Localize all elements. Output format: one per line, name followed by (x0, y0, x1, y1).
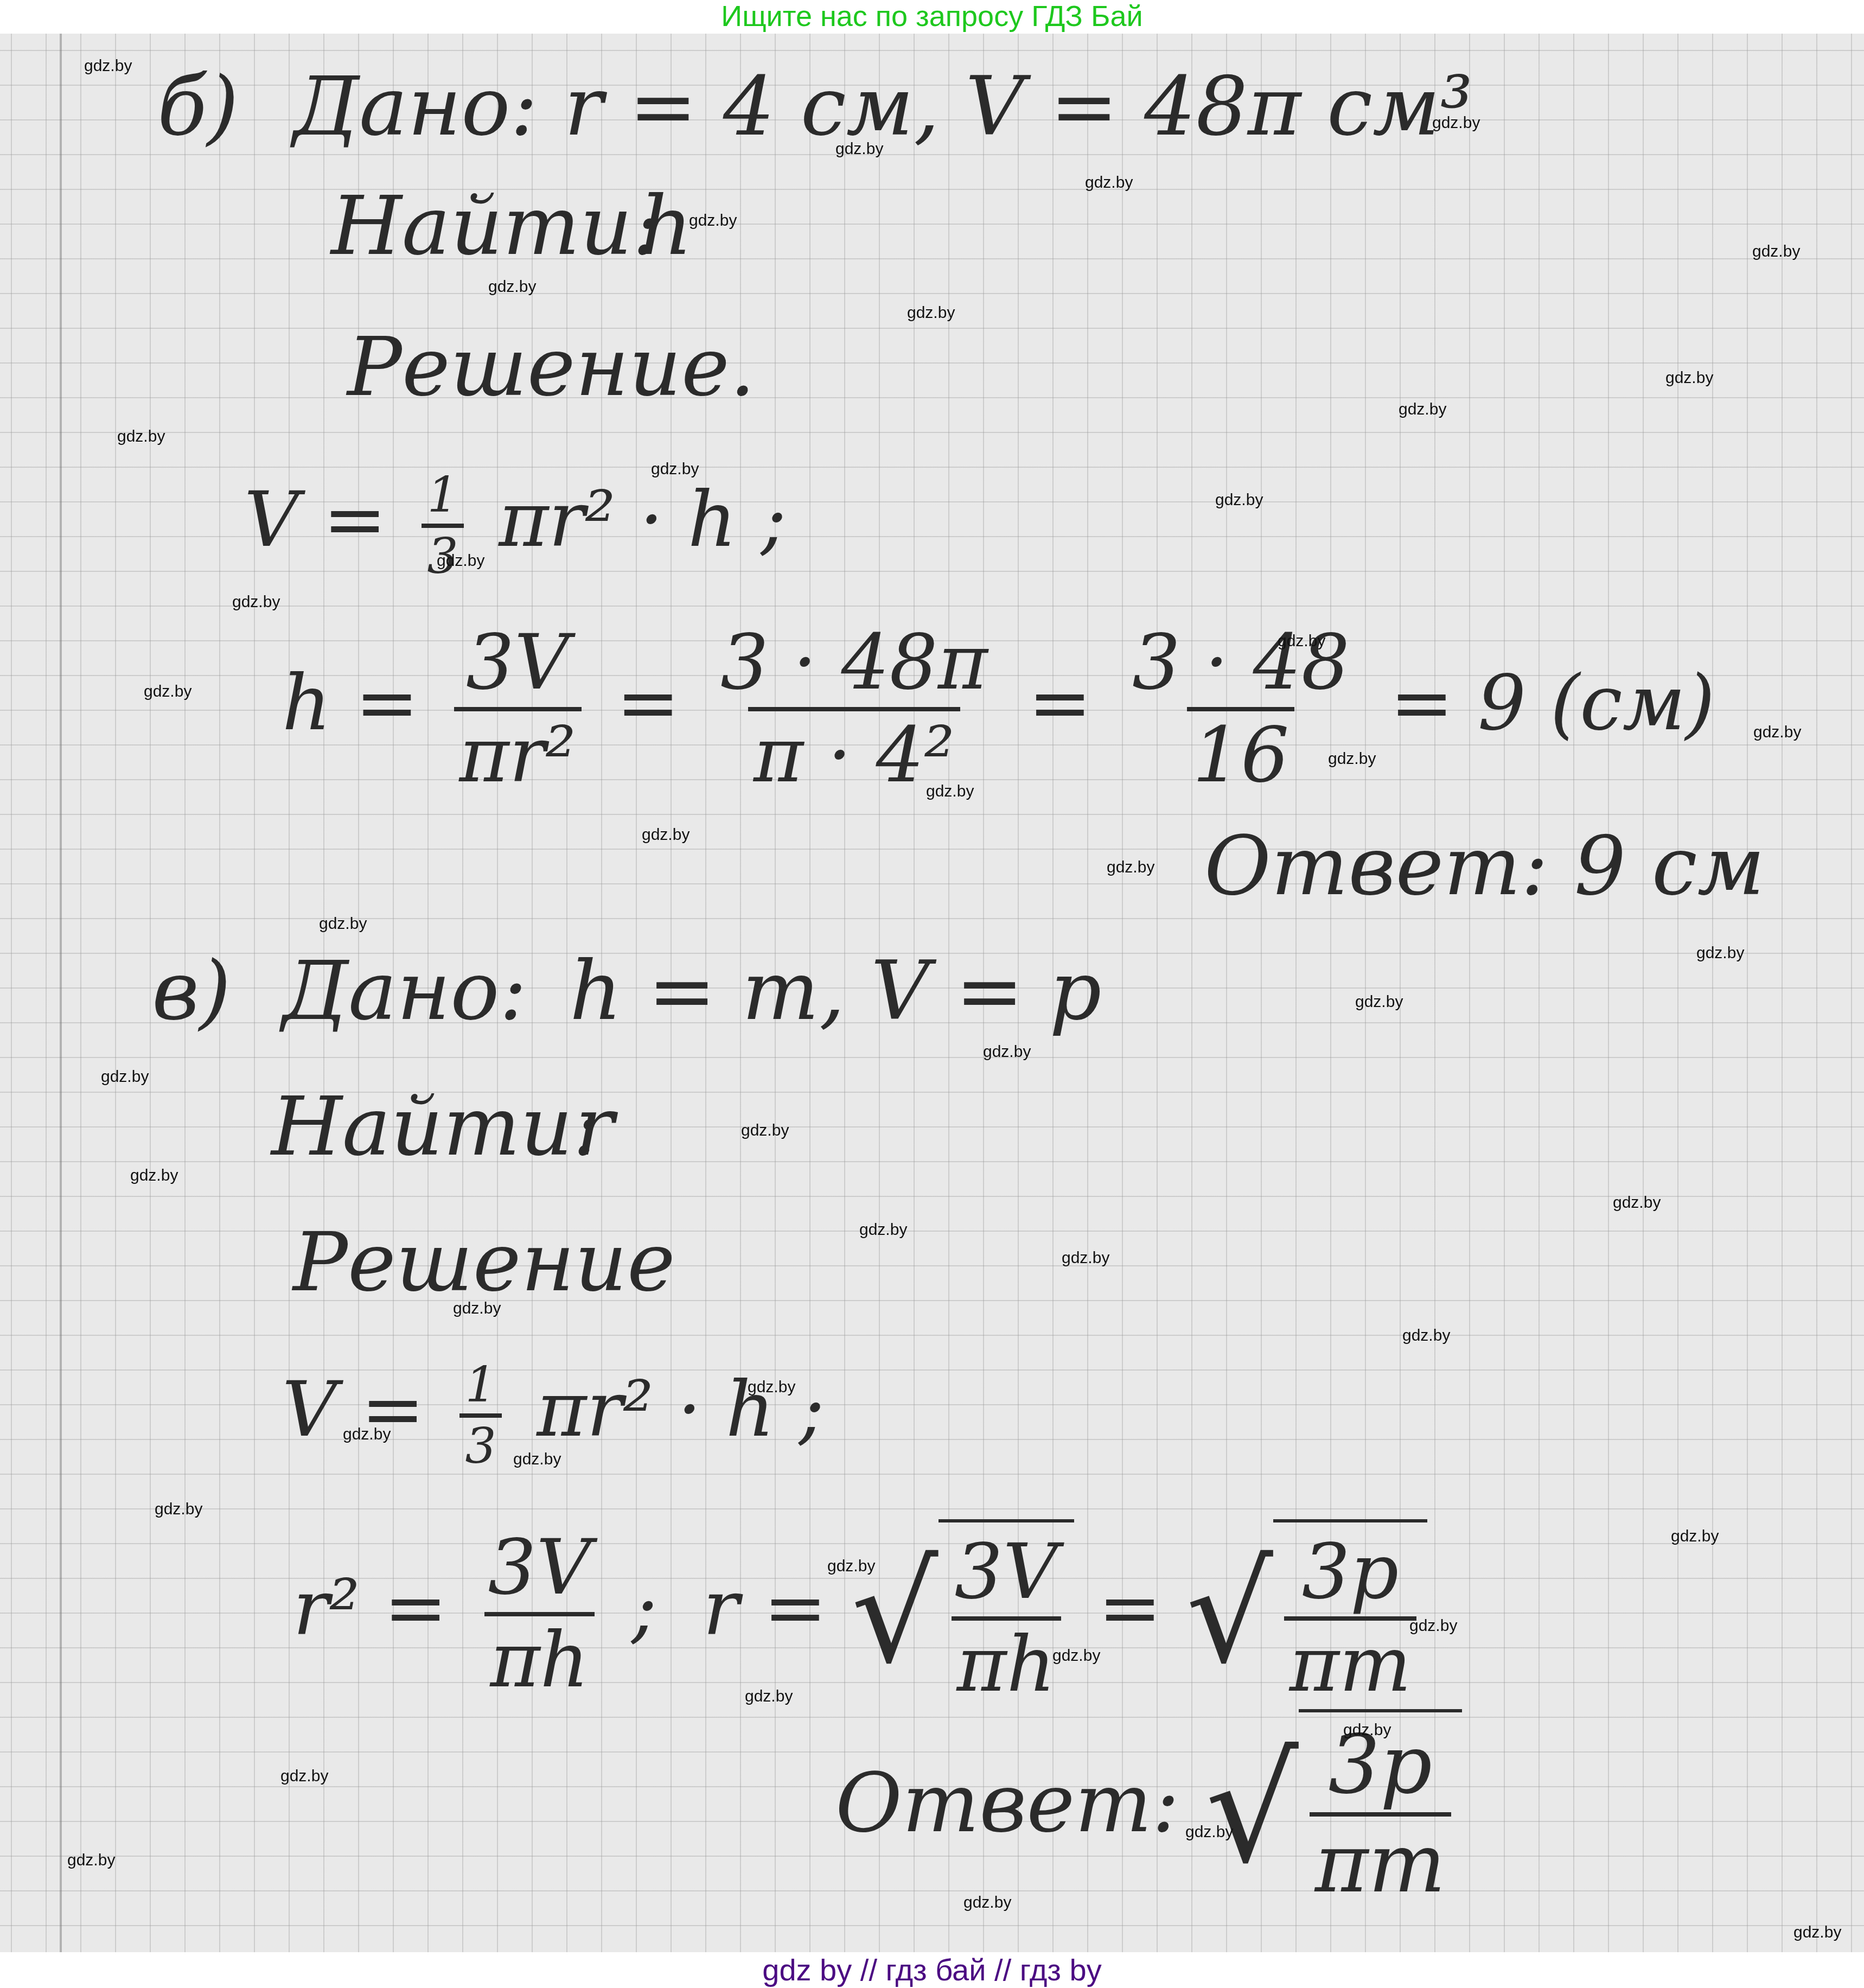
watermark: gdz.by (1402, 1327, 1450, 1345)
watermark: gdz.by (1107, 858, 1154, 877)
part-v-given-label: Дано: (282, 944, 527, 1038)
margin-line (60, 34, 62, 1952)
part-b-answer: Ответ: 9 см (1204, 819, 1765, 914)
part-v-find-label: Найти: (271, 1080, 600, 1174)
watermark: gdz.by (741, 1122, 789, 1140)
formula-lhs: V = (244, 476, 387, 564)
watermark: gdz.by (319, 915, 367, 933)
watermark: gdz.by (1432, 114, 1480, 132)
watermark: gdz.by (642, 826, 690, 844)
part-v-label: в) (152, 944, 231, 1038)
watermark: gdz.by (907, 304, 955, 322)
watermark: gdz.by (1753, 723, 1801, 742)
part-v-radius-calc: r² = 3V πh ; r = √ 3V πh = √ 3p πm (293, 1519, 1427, 1709)
watermark: gdz.by (84, 57, 132, 75)
watermark: gdz.by (1696, 944, 1744, 963)
watermark: gdz.by (1062, 1249, 1109, 1267)
square-root-1: √ 3V πh (851, 1519, 1074, 1709)
watermark: gdz.by (1343, 1721, 1391, 1739)
watermark: gdz.by (1409, 1617, 1457, 1635)
watermark: gdz.by (144, 683, 191, 701)
height-result: = 9 (см) (1390, 659, 1715, 748)
fraction-2: 3 · 48π π · 4² (715, 619, 993, 800)
answer-square-root: √ 3p πm (1205, 1709, 1462, 1911)
watermark: gdz.by (117, 428, 165, 446)
watermark: gdz.by (1328, 750, 1376, 768)
radical-icon: √ (1205, 1737, 1299, 1883)
watermark: gdz.by (651, 460, 699, 479)
part-b-label: б) (157, 60, 239, 154)
watermark: gdz.by (827, 1557, 875, 1576)
watermark: gdz.by (1185, 1823, 1233, 1842)
watermark: gdz.by (232, 593, 280, 611)
radical-icon: √ (1186, 1546, 1273, 1683)
fraction-1: 3V πr² (454, 619, 582, 800)
part-b-find-label: Найти: (331, 179, 660, 273)
top-banner: Ищите нас по запросу ГДЗ Бай (0, 0, 1864, 34)
watermark: gdz.by (1752, 243, 1800, 261)
watermark: gdz.by (280, 1767, 328, 1786)
watermark: gdz.by (1278, 632, 1325, 651)
watermark: gdz.by (859, 1221, 907, 1239)
watermark: gdz.by (343, 1425, 391, 1444)
watermark: gdz.by (1793, 1923, 1841, 1942)
part-b-given: r = 4 см, V = 48π см³ (564, 60, 1473, 154)
part-b-solution-label: Решение. (347, 320, 755, 415)
watermark: gdz.by (1215, 491, 1263, 509)
watermark: gdz.by (488, 278, 536, 296)
watermark: gdz.by (1399, 400, 1446, 419)
watermark: gdz.by (1085, 174, 1133, 192)
watermark: gdz.by (513, 1450, 561, 1469)
watermark: gdz.by (689, 212, 737, 230)
watermark: gdz.by (926, 782, 974, 801)
watermark: gdz.by (67, 1851, 115, 1870)
part-v-find: r (575, 1080, 614, 1174)
part-v-given: h = m, V = p (570, 944, 1102, 1038)
square-root-2: √ 3p πm (1186, 1519, 1427, 1709)
watermark: gdz.by (1355, 993, 1403, 1011)
watermark: gdz.by (983, 1043, 1031, 1061)
watermark: gdz.by (835, 140, 883, 158)
part-b-volume-formula: V = 1 3 πr² · h ; (244, 467, 787, 585)
part-b-given-label: Дано: (293, 60, 538, 154)
watermark: gdz.by (155, 1500, 202, 1519)
watermark: gdz.by (130, 1167, 178, 1185)
watermark: gdz.by (748, 1378, 795, 1397)
part-b-find: h (640, 179, 693, 273)
watermark: gdz.by (745, 1687, 793, 1706)
watermark: gdz.by (1613, 1194, 1661, 1212)
watermark: gdz.by (101, 1068, 149, 1086)
formula-rest: πr² · h ; (499, 476, 786, 564)
bottom-banner: gdz by // гдз бай // гдз by (0, 1952, 1864, 1988)
watermark: gdz.by (1052, 1647, 1100, 1665)
watermark: gdz.by (1665, 369, 1713, 387)
watermark: gdz.by (963, 1894, 1011, 1912)
part-b-height-calc: h = 3V πr² = 3 · 48π π · 4² = 3 · 48 16 … (282, 619, 1715, 800)
watermark: gdz.by (437, 552, 484, 570)
watermark: gdz.by (1671, 1527, 1719, 1546)
part-v-solution-label: Решение (293, 1215, 675, 1310)
watermark: gdz.by (453, 1299, 501, 1318)
